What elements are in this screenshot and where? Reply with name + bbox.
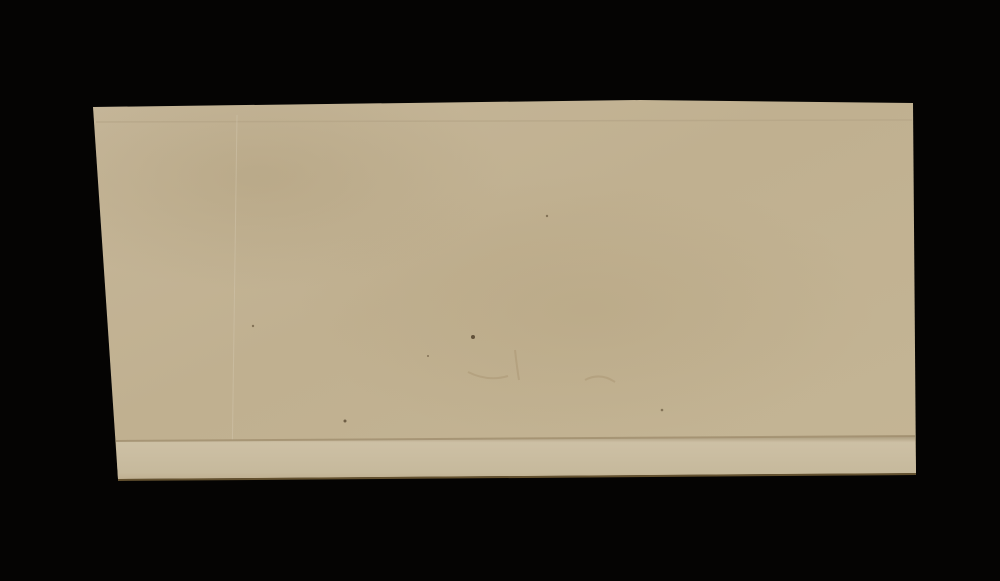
paper-fragment	[0, 0, 1000, 581]
photo-scene: Photograph of a blank aged paper fragmen…	[0, 0, 1000, 581]
fold-strip	[116, 436, 916, 479]
